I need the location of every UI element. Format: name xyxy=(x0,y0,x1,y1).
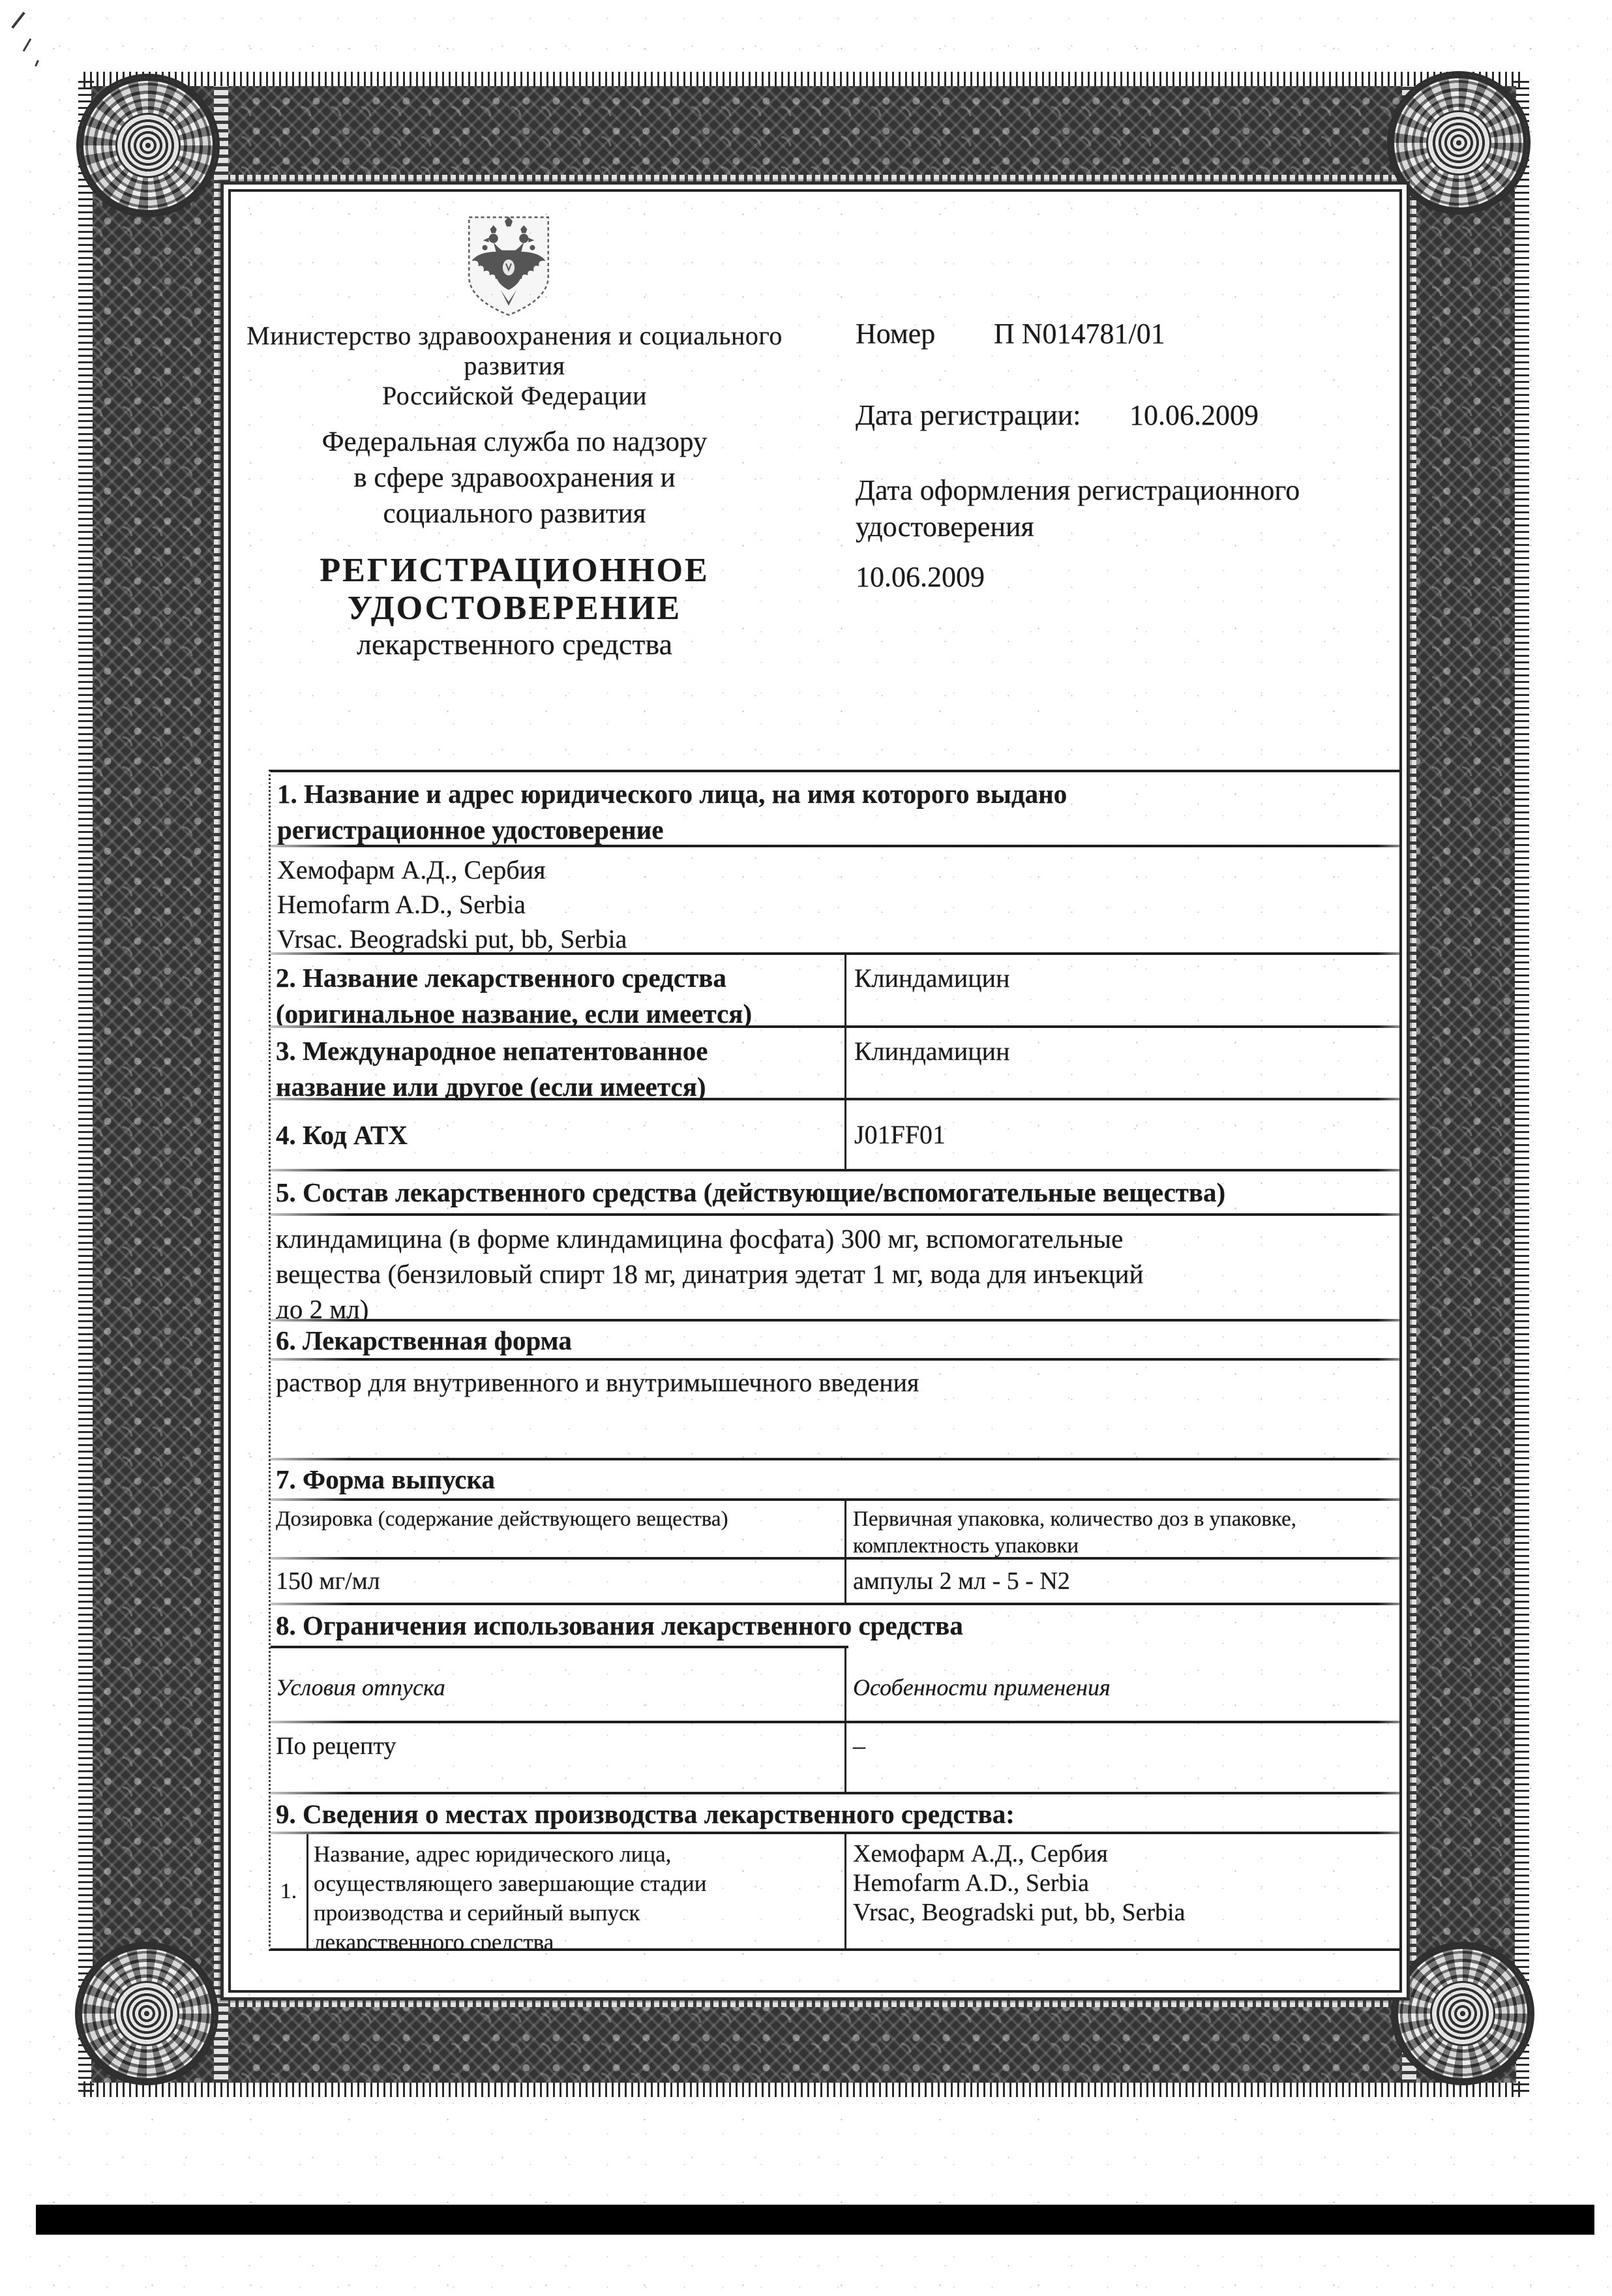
section3-label: 3. Международное непатентованное названи… xyxy=(271,1028,846,1098)
section6-value: раствор для внутривенного и внутримышечн… xyxy=(271,1361,1399,1460)
federal-service-name: Федеральная служба по надзору в сфере зд… xyxy=(239,424,790,532)
application-features-value: – xyxy=(846,1723,1399,1792)
corner-rosette-bottom-left xyxy=(78,1945,215,2082)
black-redaction-bar xyxy=(36,2205,1594,2235)
section6-header: 6. Лекарственная форма xyxy=(271,1322,1399,1361)
section4-row: 4. Код АТХ J01FF01 xyxy=(271,1100,1399,1171)
application-features-label: Особенности применения xyxy=(846,1648,1399,1721)
scanned-certificate-page: { "colors":{"ink":"#1a1a1a","paper":"#ff… xyxy=(0,0,1612,2296)
section7-header: 7. Форма выпуска xyxy=(271,1460,1399,1501)
frame-fringe-left xyxy=(78,77,94,2092)
issue-date-value: 10.06.2009 xyxy=(856,559,1377,596)
manufacture-site-value: Хемофарм А.Д., Сербия Hemofarm A.D., Ser… xyxy=(846,1834,1399,1948)
scan-speck xyxy=(11,12,25,29)
section8-header: 8. Ограничения использования лекарственн… xyxy=(271,1605,1399,1648)
registration-date-value: 10.06.2009 xyxy=(1129,399,1259,431)
section7-data-row: 150 мг/мл ампулы 2 мл - 5 - N2 xyxy=(271,1560,1399,1605)
issue-date-label: Дата оформления регистрационного удостов… xyxy=(856,472,1377,545)
scan-speck xyxy=(23,38,32,52)
section7-col1-header: Дозировка (содержание действующего вещес… xyxy=(271,1501,846,1557)
frame-fringe-bottom xyxy=(83,2081,1524,2097)
section2-label: 2. Название лекарственного средства (ори… xyxy=(271,955,846,1025)
frame-fringe-right xyxy=(1514,77,1529,2092)
frame-fringe-top xyxy=(83,72,1524,87)
frame-band-right xyxy=(1402,86,1515,2083)
section3-row: 3. Международное непатентованное названи… xyxy=(271,1028,1399,1100)
corner-rosette-top-left xyxy=(80,77,216,214)
section4-label: 4. Код АТХ xyxy=(271,1100,846,1169)
section7-column-headers: Дозировка (содержание действующего вещес… xyxy=(271,1501,1399,1560)
number-label: Номер xyxy=(856,316,994,352)
document-subtitle: лекарственного средства xyxy=(239,627,790,661)
section8-column-headers: Условия отпуска Особенности применения xyxy=(271,1648,1399,1723)
manufacture-site-label: Название, адрес юридического лица, осуще… xyxy=(308,1834,846,1948)
corner-rosette-top-right xyxy=(1390,74,1527,211)
number-row: НомерП N014781/01 xyxy=(856,316,1377,352)
section5-value: клиндамицина (в форме клиндамицина фосфа… xyxy=(271,1216,1399,1322)
dispensing-conditions-value: По рецепту xyxy=(271,1723,846,1792)
registration-date-row: Дата регистрации:10.06.2009 xyxy=(856,397,1377,434)
section2-row: 2. Название лекарственного средства (ори… xyxy=(271,955,1399,1028)
section5-header: 5. Состав лекарственного средства (дейст… xyxy=(271,1171,1399,1216)
section9-header: 9. Сведения о местах производства лекарс… xyxy=(271,1794,1399,1834)
section1-header: 1. Название и адрес юридического лица, н… xyxy=(271,772,1399,847)
section2-value: Клиндамицин xyxy=(846,955,1399,1025)
section8-data-row: По рецепту – xyxy=(271,1723,1399,1794)
registration-table: 1. Название и адрес юридического лица, н… xyxy=(269,770,1399,1951)
frame-band-left xyxy=(93,86,228,2083)
registration-date-label: Дата регистрации: xyxy=(856,397,1129,434)
section4-value: J01FF01 xyxy=(846,1100,1399,1169)
coat-of-arms-icon xyxy=(462,213,555,319)
number-value: П N014781/01 xyxy=(994,318,1165,350)
package-value: ампулы 2 мл - 5 - N2 xyxy=(846,1560,1399,1603)
section7-col2-header: Первичная упаковка, количество доз в упа… xyxy=(846,1501,1399,1557)
dispensing-conditions-label: Условия отпуска xyxy=(271,1648,846,1721)
frame-band-top xyxy=(91,86,1516,189)
dose-value: 150 мг/мл xyxy=(271,1560,846,1603)
corner-rosette-bottom-right xyxy=(1394,1945,1531,2082)
section1-value: Хемофарм А.Д., Сербия Hemofarm A.D., Ser… xyxy=(271,847,1399,955)
ministry-name: Министерство здравоохранения и социально… xyxy=(239,321,790,411)
document-title: РЕГИСТРАЦИОННОЕ УДОСТОВЕРЕНИЕ xyxy=(239,552,790,627)
scan-speck xyxy=(35,60,39,67)
section3-value: Клиндамицин xyxy=(846,1028,1399,1098)
certificate-paper: Министерство здравоохранения и социально… xyxy=(228,189,1402,1993)
section9-row: 1. Название, адрес юридического лица, ос… xyxy=(271,1834,1399,1948)
frame-band-bottom xyxy=(91,1993,1516,2083)
manufacture-site-number: 1. xyxy=(271,1834,308,1948)
